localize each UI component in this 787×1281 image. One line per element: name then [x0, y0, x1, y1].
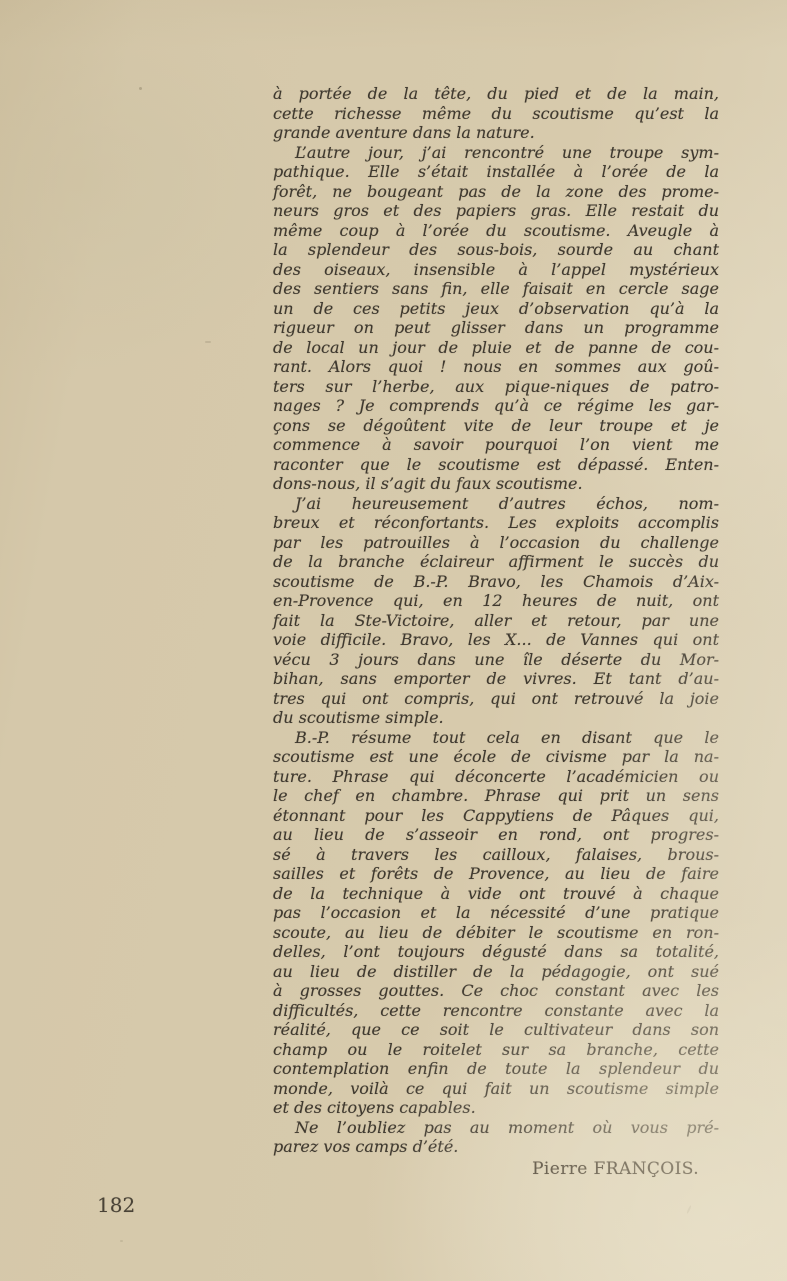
text-line: au lieu de s’asseoir en rond, ont progre… — [273, 825, 719, 845]
text-line: fait la Ste-Victoire, aller et retour, p… — [273, 611, 719, 631]
text-line: difficultés, cette rencontre constante a… — [273, 1001, 719, 1021]
scanned-book-page: { "page": { "number": "182", "signature"… — [0, 0, 787, 1281]
text-line: à grosses gouttes. Ce choc constant avec… — [273, 981, 719, 1001]
text-line: pathique. Elle s’était installée à l’oré… — [273, 162, 719, 182]
text-line: scoutisme est une école de civisme par l… — [273, 747, 719, 767]
text-line: L’autre jour, j’ai rencontré une troupe … — [273, 143, 719, 163]
text-line: voie difficile. Bravo, les X... de Vanne… — [273, 630, 719, 650]
text-line: ters sur l’herbe, aux pique-niques de pa… — [273, 377, 719, 397]
text-line: réalité, que ce soit le cultivateur dans… — [273, 1020, 719, 1040]
text-line: vécu 3 jours dans une île déserte du Mor… — [273, 650, 719, 670]
text-line: raconter que le scoutisme est dépassé. E… — [273, 455, 719, 475]
paper-speck — [686, 1205, 692, 1214]
text-line: un de ces petits jeux d’observation qu’à… — [273, 299, 719, 319]
paragraph: L’autre jour, j’ai rencontré une troupe … — [273, 143, 719, 494]
text-line: champ ou le roitelet sur sa branche, cet… — [273, 1040, 719, 1060]
text-line: Ne l’oubliez pas au moment où vous pré- — [273, 1118, 719, 1138]
text-line: des oiseaux, insensible à l’appel mystér… — [273, 260, 719, 280]
text-line: commence à savoir pourquoi l’on vient me — [273, 435, 719, 455]
paper-speck — [205, 341, 211, 343]
text-line: même coup à l’orée du scoutisme. Aveugle… — [273, 221, 719, 241]
text-line: à portée de la tête, du pied et de la ma… — [273, 84, 719, 104]
text-line: forêt, ne bougeant pas de la zone des pr… — [273, 182, 719, 202]
paragraph: B.-P. résume tout cela en disant que les… — [273, 728, 719, 1118]
paragraph: Ne l’oubliez pas au moment où vous pré-p… — [273, 1118, 719, 1157]
text-line: au lieu de distiller de la pédagogie, on… — [273, 962, 719, 982]
author-signature: Pierre FRANÇOIS. — [273, 1160, 719, 1180]
text-line: pas l’occasion et la nécessité d’une pra… — [273, 903, 719, 923]
text-line: tres qui ont compris, qui ont retrouvé l… — [273, 689, 719, 709]
paper-speck — [120, 1240, 123, 1242]
text-line: dons-nous, il s’agit du faux scoutisme. — [273, 474, 719, 494]
text-line: monde, voilà ce qui fait un scoutisme si… — [273, 1079, 719, 1099]
text-line: la splendeur des sous-bois, sourde au ch… — [273, 240, 719, 260]
text-line: rant. Alors quoi ! nous en sommes aux go… — [273, 357, 719, 377]
paragraph: J’ai heureusement d’autres échos, nom-br… — [273, 494, 719, 728]
text-line: delles, l’ont toujours dégusté dans sa t… — [273, 942, 719, 962]
text-line: parez vos camps d’été. — [273, 1137, 719, 1157]
text-line: par les patrouilles à l’occasion du chal… — [273, 533, 719, 553]
text-line: sé à travers les cailloux, falaises, bro… — [273, 845, 719, 865]
text-line: et des citoyens capables. — [273, 1098, 719, 1118]
text-line: J’ai heureusement d’autres échos, nom- — [273, 494, 719, 514]
text-line: contemplation enfin de toute la splendeu… — [273, 1059, 719, 1079]
text-line: du scoutisme simple. — [273, 708, 719, 728]
text-line: scoute, au lieu de débiter le scoutisme … — [273, 923, 719, 943]
text-line: breux et réconfortants. Les exploits acc… — [273, 513, 719, 533]
page-number: 182 — [97, 1193, 135, 1217]
text-line: scoutisme de B.-P. Bravo, les Chamois d’… — [273, 572, 719, 592]
text-line: en-Provence qui, en 12 heures de nuit, o… — [273, 591, 719, 611]
text-line: des sentiers sans fin, elle faisait en c… — [273, 279, 719, 299]
text-line: de la branche éclaireur affirment le suc… — [273, 552, 719, 572]
text-line: le chef en chambre. Phrase qui prit un s… — [273, 786, 719, 806]
text-line: cette richesse même du scoutisme qu’est … — [273, 104, 719, 124]
body-text: à portée de la tête, du pied et de la ma… — [273, 84, 719, 1157]
text-line: B.-P. résume tout cela en disant que le — [273, 728, 719, 748]
text-line: ture. Phrase qui déconcerte l’académicie… — [273, 767, 719, 787]
paper-speck — [139, 87, 142, 90]
text-line: sailles et forêts de Provence, au lieu d… — [273, 864, 719, 884]
text-line: bihan, sans emporter de vivres. Et tant … — [273, 669, 719, 689]
page-text-column: à portée de la tête, du pied et de la ma… — [273, 84, 719, 1179]
text-line: de local un jour de pluie et de panne de… — [273, 338, 719, 358]
text-line: neurs gros et des papiers gras. Elle res… — [273, 201, 719, 221]
text-line: rigueur on peut glisser dans un programm… — [273, 318, 719, 338]
text-line: nages ? Je comprends qu’à ce régime les … — [273, 396, 719, 416]
text-line: de la technique à vide ont trouvé à chaq… — [273, 884, 719, 904]
text-line: grande aventure dans la nature. — [273, 123, 719, 143]
text-line: çons se dégoûtent vite de leur troupe et… — [273, 416, 719, 436]
text-line: étonnant pour les Cappytiens de Pâques q… — [273, 806, 719, 826]
paragraph: à portée de la tête, du pied et de la ma… — [273, 84, 719, 143]
